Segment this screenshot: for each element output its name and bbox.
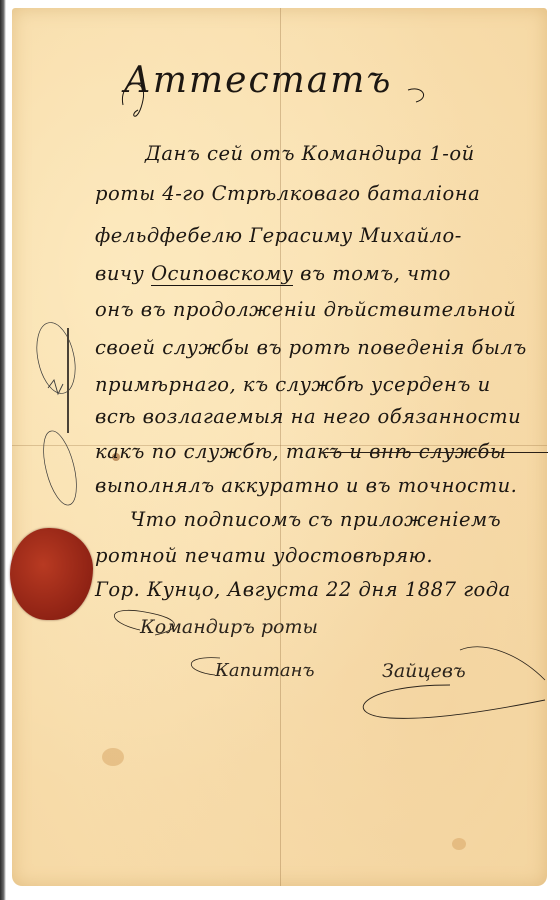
- margin-pencil-annotation: [28, 318, 88, 528]
- body-line-4: вичу Осиповскому въ томъ, что: [95, 262, 451, 285]
- scan-edge: [0, 0, 6, 900]
- title-flourish: [118, 70, 438, 120]
- body-line-5: онъ въ продолженіи дѣйствительной: [95, 298, 516, 321]
- body-line-2: роты 4-го Стрѣлковаго баталіона: [95, 182, 480, 205]
- body-line-8: всѣ возлагаемыя на него обязанности: [95, 405, 521, 428]
- body-line-10: выполнялъ аккуратно и въ точности.: [95, 474, 517, 497]
- line-rest: въ томъ, что: [293, 262, 450, 285]
- body-line-1: Данъ сей отъ Командира 1-ой: [145, 142, 475, 165]
- paper-stain: [102, 748, 124, 766]
- body-line-7: примѣрнаго, къ службѣ усерденъ и: [95, 373, 491, 396]
- paper-stain: [452, 838, 466, 850]
- underlined-surname: Осиповскому: [151, 262, 293, 286]
- body-line-3: фельдфебелю Герасиму Михайло-: [95, 224, 462, 247]
- body-line-11: Что подписомъ съ приложеніемъ: [130, 508, 501, 531]
- patronymic-end: вичу: [95, 262, 151, 285]
- body-line-6: своей службы въ ротѣ поведенія былъ: [95, 336, 527, 359]
- place-date-line: Гор. Кунцо, Августа 22 дня 1887 года: [95, 578, 511, 601]
- strike-through-line: [323, 452, 548, 453]
- body-line-12: ротной печати удостовѣряю.: [95, 544, 433, 567]
- signature-flourishes: [100, 600, 550, 730]
